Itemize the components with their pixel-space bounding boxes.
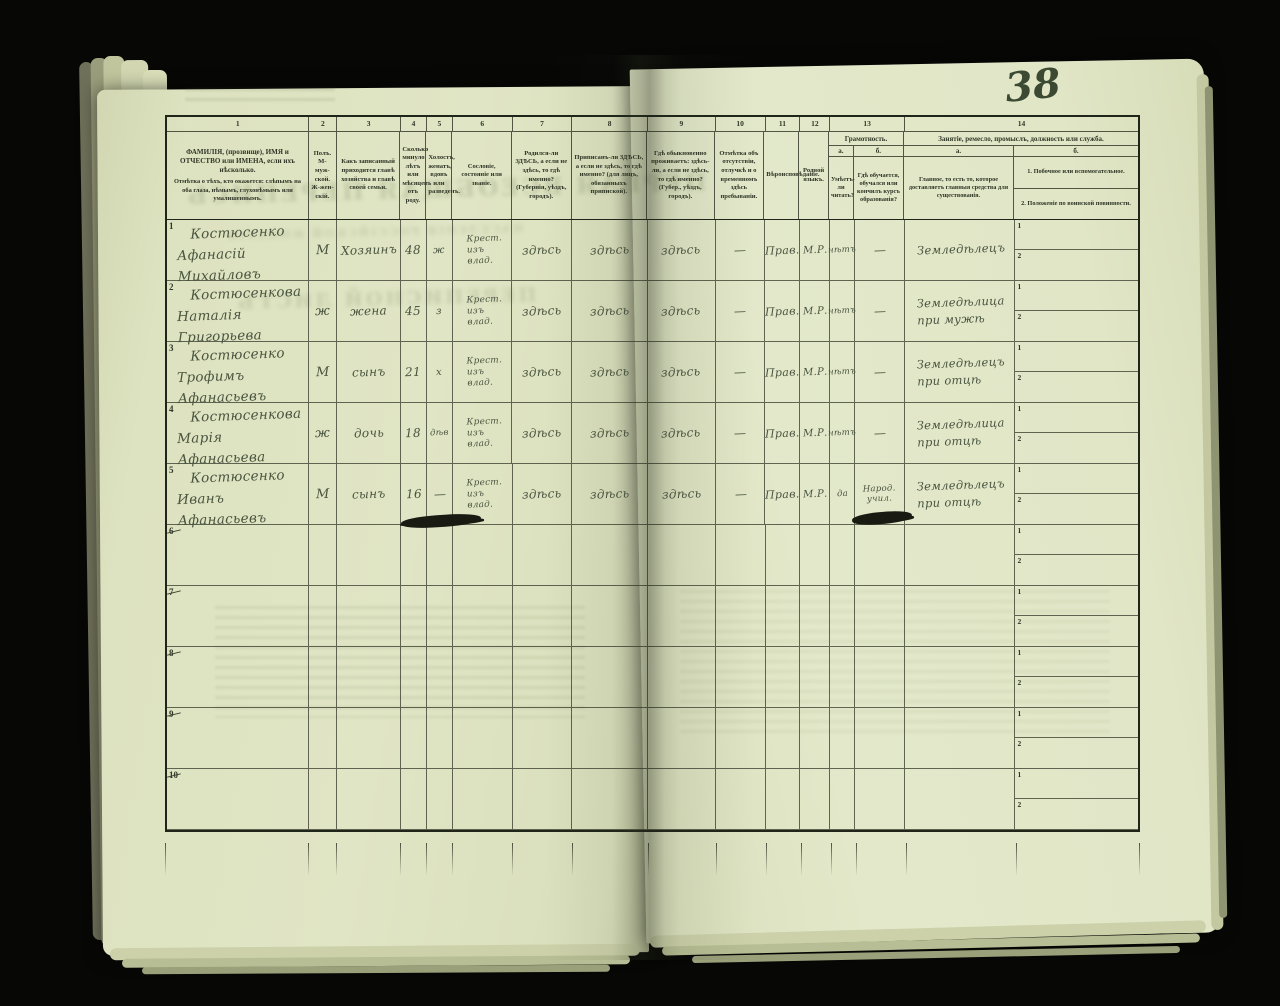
col-header-name: ФАМИЛІЯ, (прозвище), ИМЯ и ОТЧЕСТВО или … (167, 132, 309, 219)
table-line-stubs (165, 843, 1140, 876)
table-row-10: 10 12 (167, 769, 1138, 830)
col-header-relation: Какъ записанный приходится главѣ хозяйст… (337, 132, 401, 219)
column-number-row: 1 2 3 4 5 6 7 8 9 10 11 12 13 14 (167, 117, 1138, 132)
col-number: 13 (830, 117, 905, 131)
page-stack-bottom-left (142, 965, 610, 974)
census-table: 1 2 3 4 5 6 7 8 9 10 11 12 13 14 ФАМИЛІЯ… (165, 115, 1140, 832)
col-header-residence: Гдѣ обыкновенно проживаетъ: здѣсь-ли, а … (647, 132, 715, 219)
col-number: 2 (309, 117, 337, 131)
col-header-marital: Холостъ, женатъ, вдовъ или разведенъ. (426, 132, 452, 219)
col-number: 9 (648, 117, 716, 131)
col-header-estate: Сословіе, состояніе или званіе. (452, 132, 512, 219)
table-row-5: 5 КостюсенкоИванъ Афанасьевъ М сынъ 16 —… (167, 464, 1138, 525)
table-row-1: 1 КостюсенкоАфанасій Михайловъ М Хозяинъ… (167, 220, 1138, 281)
table-row-4: 4 КостюсенковаМарія Афанасьева ж дочь 18… (167, 403, 1138, 464)
photo-background: ПЕРВАЯ ВСЕОБЩАЯ ПЕРЕПИСЬ НАСЕЛЕНІЯ РОССІ… (0, 0, 1280, 1006)
col-header-language: Родной языкъ. (799, 132, 829, 219)
col-number: 4 (401, 117, 427, 131)
table-row-8: 8 12 (167, 647, 1138, 708)
table-header-row: ФАМИЛІЯ, (прозвище), ИМЯ и ОТЧЕСТВО или … (167, 132, 1138, 220)
handwritten-page-number: 38 (1003, 59, 1063, 112)
col-header-religion: Вѣроисповѣданіе. (764, 132, 799, 219)
col-header-occupation: Занятіе, ремесло, промыслъ, должность ил… (904, 132, 1138, 219)
table-row-3: 3 КостюсенкоТрофимъ Афанасьевъ М сынъ 21… (167, 342, 1138, 403)
col-number: 14 (905, 117, 1138, 131)
col-header-literacy: Грамотность. а. б. Умѣетъ-ли читать? Гдѣ… (829, 132, 904, 219)
col-number: 6 (453, 117, 513, 131)
table-row-9: 9 12 (167, 708, 1138, 769)
col-number: 12 (800, 117, 830, 131)
col-header-registration: Приписанъ-ли ЗДѢСЬ, а если не здѣсь, то … (572, 132, 647, 219)
col-number: 3 (337, 117, 401, 131)
col-number: 5 (427, 117, 453, 131)
table-row-6: 6 12 (167, 525, 1138, 586)
bleedthrough-paragraph (185, 88, 335, 103)
col-header-absence: Отмѣтка объ отсутствіи, отлучкѣ и о врем… (715, 132, 765, 219)
table-row-2: 2 КостюсенковаНаталія Григорьева ж жена … (167, 281, 1138, 342)
col-number: 1 (167, 117, 309, 131)
col-number: 11 (766, 117, 801, 131)
col-number: 10 (716, 117, 766, 131)
col-header-birthplace: Родился-ли ЗДѢСЬ, а если не здѣсь, то гд… (512, 132, 572, 219)
table-row-7: 7 12 (167, 586, 1138, 647)
col-number: 7 (513, 117, 573, 131)
col-header-age: Сколько минуло лѣтъ или мѣсяцевъ отъ род… (400, 132, 426, 219)
col-header-sex: Полъ. М-муж-ской. Ж-жен-скій. (309, 132, 337, 219)
col-number: 8 (572, 117, 648, 131)
